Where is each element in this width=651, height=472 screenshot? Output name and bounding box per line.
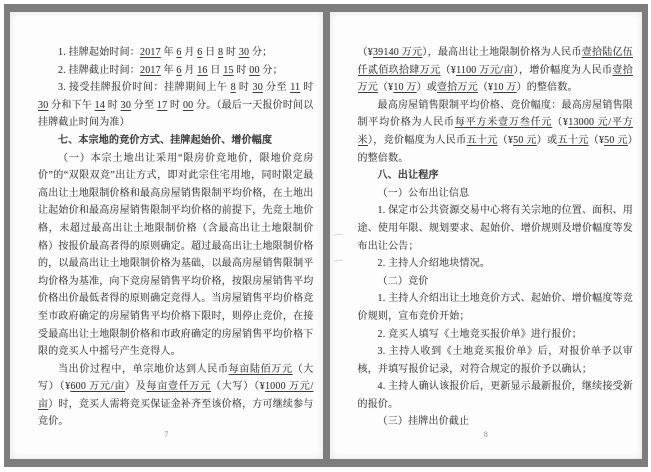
text-run: ）及 <box>125 381 147 392</box>
text-run: 时 <box>236 82 253 93</box>
paragraph-list-item: 3. 主持人收到《土地竞买报价单》后，对报价单予以审核，并填写报价记录，对符合规… <box>358 343 634 378</box>
text-run: 分； <box>260 65 283 76</box>
text-run: 3. 接受挂牌报价时间：挂牌期间上午 <box>58 82 231 93</box>
text-run: 时 <box>300 82 313 93</box>
text-run: 2. 挂牌截止时间： <box>58 65 140 76</box>
text-run: 2. 竞买人填写《土地竞买报价单》进行报价； <box>378 329 582 340</box>
text-run: 月 <box>182 47 198 58</box>
underlined-text: 50 元 <box>604 135 628 146</box>
underlined-text: 17 <box>157 100 167 111</box>
text-run: 4. 主持人确认该报价后，更新显示最新报价，继续接受新的报价。 <box>358 381 634 410</box>
underlined-text: 五十元 <box>558 135 589 146</box>
paragraph-heading: 七、本宗地的竞价方式、挂牌起始价、增价幅度 <box>38 132 314 150</box>
underlined-text: 00 <box>183 100 193 111</box>
text-run: 日 <box>202 47 218 58</box>
text-run: 时 <box>234 65 250 76</box>
text-run: （¥ <box>589 135 605 146</box>
text-run: （二）竞价 <box>378 276 429 287</box>
underlined-text: 2017 <box>140 47 161 58</box>
paragraph-body: （一）本宗土地出让采用“限房价竞地价，限地价竞房价”的“双限双竞”出让方式，即对… <box>38 150 314 361</box>
underlined-text: 每平方米壹万叁仟元 <box>455 117 552 128</box>
page-number-right: 8 <box>330 430 643 439</box>
text-run: ）或 <box>537 135 558 146</box>
paragraph-list-item: 1. 挂牌起始时间：2017 年 6 月 6 日 8 时 30 分； <box>38 44 314 62</box>
paragraph-list-item: 2. 竞买人填写《土地竞买报价单》进行报价； <box>358 326 634 344</box>
page-right-content: （¥39140 万元），最高出让土地限制价格为人民币壹拾陆亿伍仟贰佰玖拾肆万元（… <box>358 44 634 425</box>
paragraph-subheading: （一）公布出让信息 <box>358 185 634 203</box>
text-run: 月 <box>182 65 198 76</box>
underlined-text: 11 <box>290 82 300 93</box>
text-run: ），最高出让土地限制价格为人民币 <box>422 47 581 58</box>
text-run: ）时，竞买人需将竞买保证金补齐至该价格，方可继续参与竞价。 <box>38 399 314 425</box>
text-run: 分； <box>249 47 272 58</box>
text-run: 八、出让程序 <box>378 170 439 181</box>
text-run: 分和下午 <box>48 100 94 111</box>
text-run: （¥ <box>358 47 373 58</box>
text-run: （¥ <box>378 82 393 93</box>
underlined-text: 1100 万元/亩 <box>456 65 514 76</box>
paragraph-subheading: （三）挂牌出价截止 <box>358 413 634 425</box>
text-run: （¥ <box>478 82 493 93</box>
text-run: ），增价幅度为人民币 <box>514 65 613 76</box>
paragraph-subheading: （二）竞价 <box>358 273 634 291</box>
paragraph-body: 当出价过程中，单宗地价达到人民币每亩陆佰万元（大写）（¥600 万元/亩）及每亩… <box>38 361 314 425</box>
text-run: （¥ <box>498 135 514 146</box>
scan-frame: 1. 挂牌起始时间：2017 年 6 月 6 日 8 时 30 分；2. 挂牌截… <box>4 4 648 467</box>
text-run: 1. 挂牌起始时间： <box>58 47 140 58</box>
text-run: ）的整倍数。 <box>517 82 578 93</box>
page-right: （¥39140 万元），最高出让土地限制价格为人民币壹拾陆亿伍仟贰佰玖拾肆万元（… <box>330 12 643 459</box>
paragraph-heading: 八、出让程序 <box>358 167 634 185</box>
paragraph-body: 最高房屋销售限制平均价格、竞价幅度：最高房屋销售限制平均价格为人民币每平方米壹万… <box>358 97 634 167</box>
text-run: 1. 保定市公共资源交易中心将有关宗地的位置、面积、用途、使用年限、规划要求、起… <box>358 205 634 251</box>
underlined-text: 00 <box>249 65 259 76</box>
text-run: ）或 <box>417 82 437 93</box>
underlined-text: 10 万 <box>393 82 416 93</box>
underlined-text: 15 <box>223 65 233 76</box>
underlined-text: 600 万元/亩 <box>70 381 125 392</box>
text-run: （¥ <box>441 65 457 76</box>
paragraph-list-item: 4. 主持人确认该报价后，更新显示最新报价，继续接受新的报价。 <box>358 378 634 413</box>
underlined-text: 16 <box>197 65 207 76</box>
text-run: 分至 <box>131 100 157 111</box>
underlined-text: 10 万 <box>493 82 516 93</box>
text-run: 时 <box>105 100 121 111</box>
text-run: （¥ <box>552 117 568 128</box>
paragraph-list-item: 1. 保定市公共资源交易中心将有关宗地的位置、面积、用途、使用年限、规划要求、起… <box>358 202 634 255</box>
underlined-text: 壹拾万元 <box>437 82 478 93</box>
text-run: 年 <box>161 47 177 58</box>
underlined-text: 每亩壹仟万元 <box>147 381 211 392</box>
text-run: 日 <box>208 65 224 76</box>
underlined-text: 五十元 <box>467 135 498 146</box>
text-run: 时 <box>167 100 183 111</box>
page-left-content: 1. 挂牌起始时间：2017 年 6 月 6 日 8 时 30 分；2. 挂牌截… <box>38 44 314 425</box>
text-run: 2. 主持人介绍地块情况。 <box>378 258 491 269</box>
text-run: 当出价过程中，单宗地价达到人民币 <box>58 364 229 375</box>
underlined-text: 50 元 <box>513 135 537 146</box>
paragraph-list-item: 2. 主持人介绍地块情况。 <box>358 255 634 273</box>
underlined-text: 30 <box>121 100 131 111</box>
page-left: 1. 挂牌起始时间：2017 年 6 月 6 日 8 时 30 分；2. 挂牌截… <box>10 12 323 459</box>
text-run: 1. 主持人介绍出让土地竞价方式、起始价、增价幅度等竞价规则，宣布竞价开始； <box>358 293 634 322</box>
paragraph-list-item: 1. 主持人介绍出让土地竞价方式、起始价、增价幅度等竞价规则，宣布竞价开始； <box>358 290 634 325</box>
underlined-text: 14 <box>95 100 105 111</box>
text-run: 七、本宗地的竞价方式、挂牌起始价、增价幅度 <box>58 135 272 146</box>
text-run: 时 <box>223 47 239 58</box>
underlined-text: 每亩陆佰万元 <box>229 364 293 375</box>
paragraph-continuation: （¥39140 万元），最高出让土地限制价格为人民币壹拾陆亿伍仟贰佰玖拾肆万元（… <box>358 44 634 97</box>
paragraph-list-item: 2. 挂牌截止时间：2017 年 6 月 16 日 15 时 00 分； <box>38 62 314 80</box>
underlined-text: 30 <box>239 47 249 58</box>
text-run: （一）本宗土地出让采用“限房价竞地价，限地价竞房价”的“双限双竞”出让方式，即对… <box>38 153 314 358</box>
pencil-mark <box>333 259 342 264</box>
underlined-text: 30 <box>253 82 263 93</box>
text-run: （三）挂牌出价截止 <box>378 416 470 425</box>
underlined-text: 39140 万元 <box>373 47 422 58</box>
text-run: （一）公布出让信息 <box>378 188 470 199</box>
pencil-mark <box>333 233 342 238</box>
text-run: 年 <box>161 65 177 76</box>
text-run: （大写）（¥ <box>211 381 265 392</box>
text-run: 3. 主持人收到《土地竞买报价单》后，对报价单予以审核，并填写报价记录，对符合规… <box>358 346 634 375</box>
text-run: ），竞价幅度为人民币 <box>368 135 467 146</box>
text-run: 分至 <box>263 82 290 93</box>
underlined-text: 2017 <box>140 65 161 76</box>
page-number-left: 7 <box>10 430 323 439</box>
underlined-text: 30 <box>38 100 48 111</box>
paragraph-list-item: 3. 接受挂牌报价时间：挂牌期间上午 8 时 30 分至 11 时 30 分和下… <box>38 79 314 132</box>
